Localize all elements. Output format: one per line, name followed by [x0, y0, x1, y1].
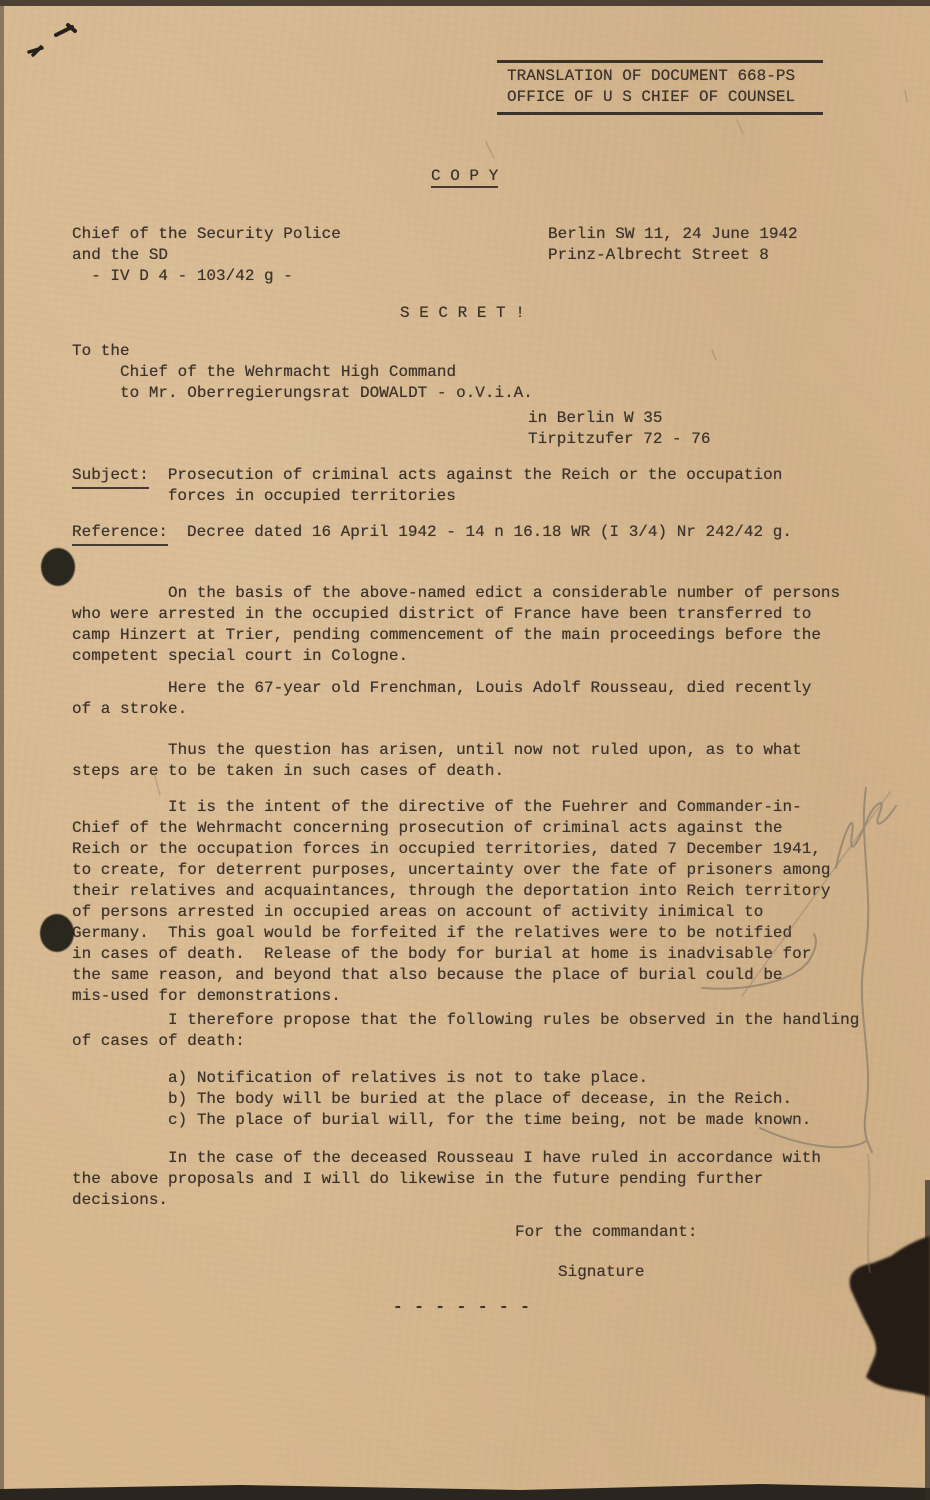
translation-stamp-box: TRANSLATION OF DOCUMENT 668-PS OFFICE OF…	[497, 60, 823, 115]
dash-separator: - - - - - - -	[393, 1297, 531, 1318]
dateline-block: Berlin SW 11, 24 June 1942 Prinz-Albrech…	[548, 224, 798, 266]
body-paragraph-4: It is the intent of the directive of the…	[72, 797, 887, 1007]
stamp-line-1: TRANSLATION OF DOCUMENT 668-PS	[507, 66, 823, 87]
ink-check-marks	[29, 25, 75, 55]
left-edge-shadow	[0, 0, 4, 1500]
hole-punch-bottom	[40, 914, 74, 952]
signature-line: Signature	[558, 1262, 644, 1283]
body-paragraph-2: Here the 67-year old Frenchman, Louis Ad…	[72, 678, 882, 720]
subject-text: Prosecution of criminal acts against the…	[168, 465, 783, 507]
copy-heading-text: C O P Y	[431, 167, 498, 188]
addressee-block: To the Chief of the Wehrmacht High Comma…	[72, 341, 533, 404]
body-paragraph-1: On the basis of the above-named edict a …	[72, 583, 882, 667]
top-edge-shadow	[0, 0, 930, 6]
bottom-edge-shadow	[0, 1484, 930, 1500]
classification-heading: S E C R E T !	[400, 303, 525, 324]
subject-row: Subject: Prosecution of criminal acts ag…	[72, 465, 782, 507]
body-paragraph-3: Thus the question has arisen, until now …	[72, 740, 882, 782]
reference-label: Reference:	[72, 522, 168, 546]
copy-heading: C O P Y	[431, 166, 498, 187]
sender-block: Chief of the Security Police and the SD …	[72, 224, 341, 287]
address-location-block: in Berlin W 35 Tirpitzufer 72 - 76	[528, 408, 710, 450]
rules-list: a) Notification of relatives is not to t…	[72, 1068, 887, 1131]
subject-label: Subject:	[72, 465, 149, 489]
right-edge-shadow	[925, 1180, 930, 1500]
document-page: TRANSLATION OF DOCUMENT 668-PS OFFICE OF…	[0, 0, 930, 1500]
body-paragraph-5: I therefore propose that the following r…	[72, 1010, 887, 1052]
reference-text: Decree dated 16 April 1942 - 14 n 16.18 …	[187, 522, 792, 543]
reference-row: Reference: Decree dated 16 April 1942 - …	[72, 522, 792, 546]
ink-blot-bottom-right	[850, 1236, 930, 1397]
body-paragraph-6: In the case of the deceased Rousseau I h…	[72, 1148, 887, 1211]
stamp-line-2: OFFICE OF U S CHIEF OF COUNSEL	[507, 87, 823, 108]
for-commandant-line: For the commandant:	[515, 1222, 697, 1243]
hole-punch-top	[41, 548, 75, 586]
